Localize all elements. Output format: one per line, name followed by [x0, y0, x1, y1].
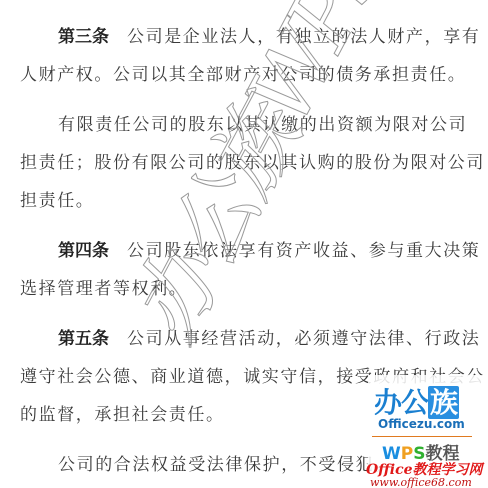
- paragraph-text: 公司从事经营活动，必须遵守法律、行政法: [127, 329, 480, 349]
- paragraph-line: 人财产权。公司以其全部财产对公司的债务承担责任。: [20, 60, 466, 85]
- paragraph-line: 公司的合法权益受法律保护，不受侵犯。: [58, 450, 393, 475]
- logo-divider: [372, 436, 472, 437]
- logo-brand: 办公族: [374, 381, 459, 421]
- paragraph-line: 担责任。: [20, 186, 94, 211]
- logo-brand-text: 办公: [374, 386, 428, 419]
- document-page: 第三条公司是企业法人，有独立的法人财产，享有 人财产权。公司以其全部财产对公司的…: [0, 0, 488, 488]
- article-heading: 第四条: [58, 241, 109, 261]
- paragraph-text: 公司股东依法享有资产收益、参与重大决策: [127, 241, 480, 261]
- officezu-logo: 办公族 Officezu.com WPS教程 Office教程学习网 www.o…: [368, 375, 488, 488]
- office68-url: www.office68.com: [370, 476, 472, 488]
- logo-brand-box: 族: [428, 386, 459, 419]
- paragraph-line: 选择管理者等权利。: [20, 274, 187, 299]
- paragraph-article-5: 第五条公司从事经营活动，必须遵守法律、行政法: [58, 324, 480, 349]
- watermark-text: 办公族WPS教程: [95, 0, 488, 359]
- logo-domain: Officezu.com: [378, 417, 465, 431]
- paragraph-line: 的监督，承担社会责任。: [20, 400, 225, 425]
- paragraph-line: 担责任；股份有限公司的股东以其认购的股份为限对公司: [20, 148, 485, 173]
- paragraph-article-4: 第四条公司股东依法享有资产收益、参与重大决策: [58, 236, 480, 261]
- paragraph-text: 公司是企业法人，有独立的法人财产，享有: [127, 27, 480, 47]
- article-heading: 第三条: [58, 27, 109, 47]
- article-heading: 第五条: [58, 329, 109, 349]
- paragraph-line: 有限责任公司的股东以其认缴的出资额为限对公司: [58, 110, 467, 135]
- paragraph-article-3: 第三条公司是企业法人，有独立的法人财产，享有: [58, 22, 480, 47]
